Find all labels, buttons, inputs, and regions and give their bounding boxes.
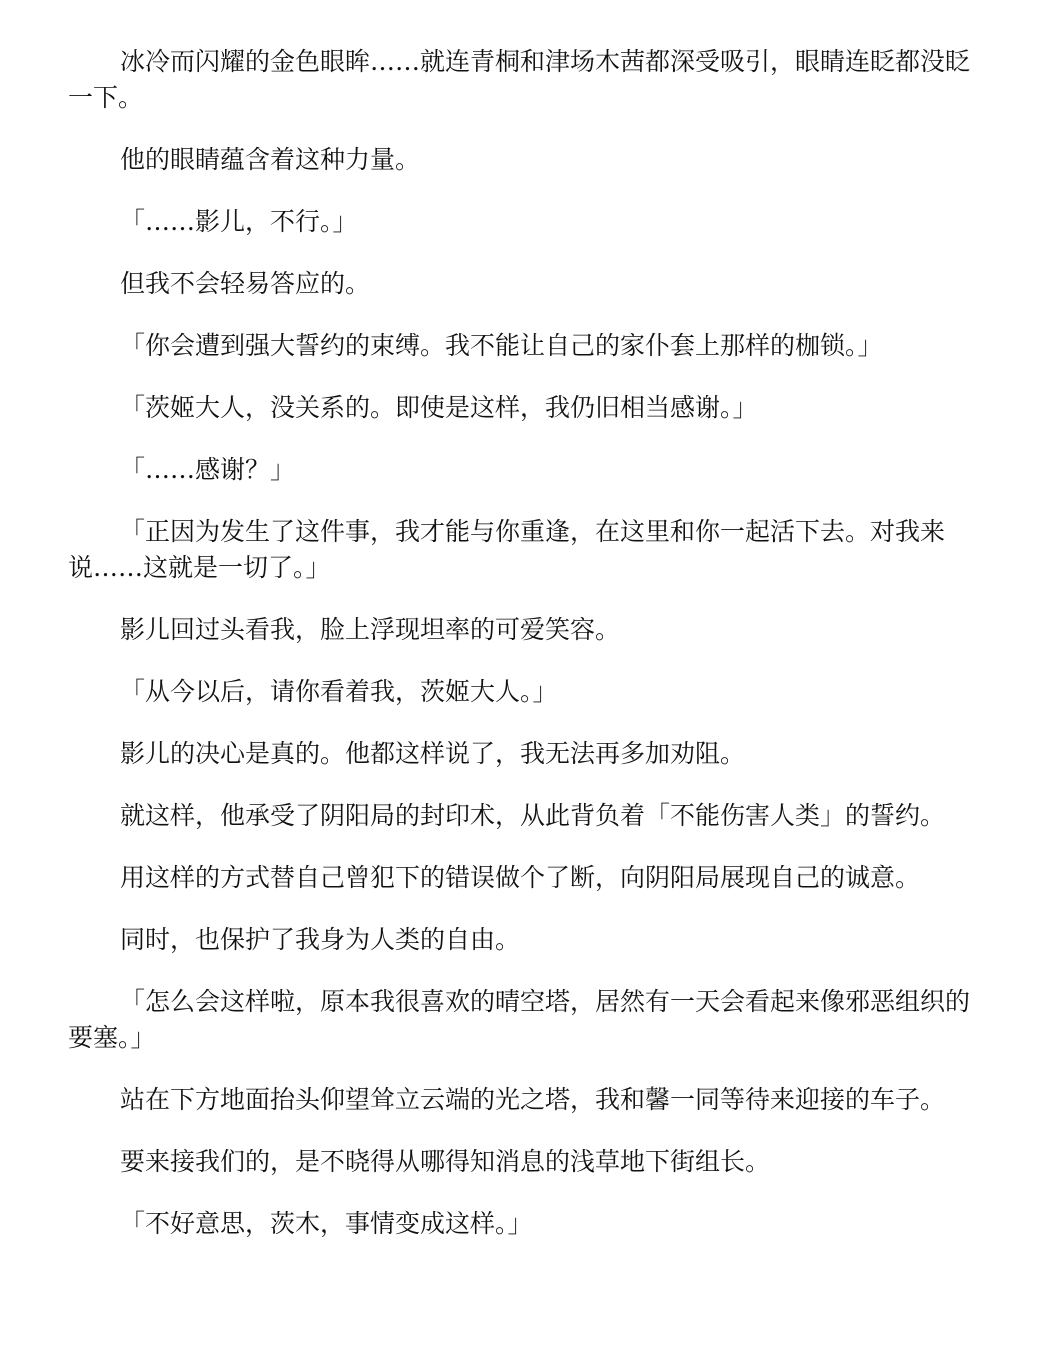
paragraph: 用这样的方式替自己曾犯下的错误做个了断，向阴阳局展现自己的诚意。 [68, 860, 978, 896]
paragraph: 「茨姬大人，没关系的。即使是这样，我仍旧相当感谢。」 [68, 390, 978, 426]
paragraph: 「正因为发生了这件事，我才能与你重逢，在这里和你一起活下去。对我来说……这就是一… [68, 514, 978, 586]
document-page: 冰冷而闪耀的金色眼眸……就连青桐和津场木茜都深受吸引，眼睛连眨都没眨一下。 他的… [68, 44, 978, 1268]
paragraph: 冰冷而闪耀的金色眼眸……就连青桐和津场木茜都深受吸引，眼睛连眨都没眨一下。 [68, 44, 978, 116]
paragraph: 「你会遭到强大誓约的束缚。我不能让自己的家仆套上那样的枷锁。」 [68, 328, 978, 364]
paragraph: 站在下方地面抬头仰望耸立云端的光之塔，我和馨一同等待来迎接的车子。 [68, 1082, 978, 1118]
paragraph: 「……感谢？」 [68, 452, 978, 488]
paragraph: 影儿回过头看我，脸上浮现坦率的可爱笑容。 [68, 612, 978, 648]
paragraph: 同时，也保护了我身为人类的自由。 [68, 922, 978, 958]
paragraph: 他的眼睛蕴含着这种力量。 [68, 142, 978, 178]
paragraph: 影儿的决心是真的。他都这样说了，我无法再多加劝阻。 [68, 736, 978, 772]
paragraph: 「从今以后，请你看着我，茨姬大人。」 [68, 674, 978, 710]
paragraph: 要来接我们的，是不晓得从哪得知消息的浅草地下街组长。 [68, 1144, 978, 1180]
paragraph: 「怎么会这样啦，原本我很喜欢的晴空塔，居然有一天会看起来像邪恶组织的要塞。」 [68, 984, 978, 1056]
paragraph: 就这样，他承受了阴阳局的封印术，从此背负着「不能伤害人类」的誓约。 [68, 798, 978, 834]
paragraph: 但我不会轻易答应的。 [68, 266, 978, 302]
paragraph: 「不好意思，茨木，事情变成这样。」 [68, 1206, 978, 1242]
paragraph: 「……影儿，不行。」 [68, 204, 978, 240]
